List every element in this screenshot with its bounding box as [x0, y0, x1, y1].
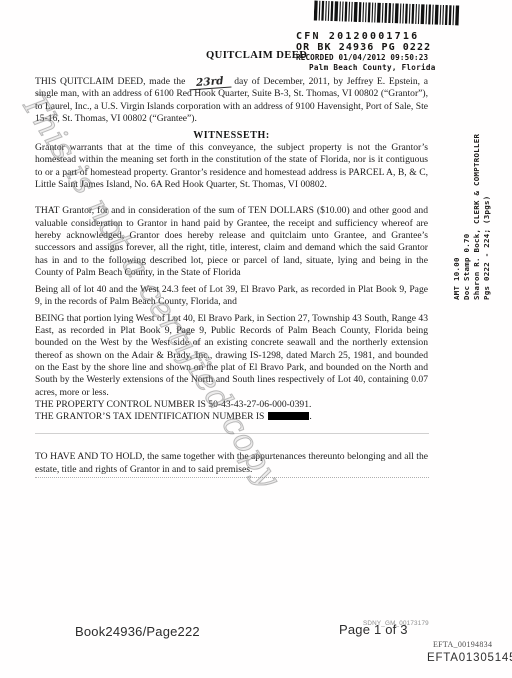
tax-id-suffix: .: [309, 411, 311, 422]
recording-stamp: CFN 20120001716 OR BK 24936 PG 0222 RECO…: [296, 31, 436, 72]
witnesseth-heading: WITNESSETH:: [35, 130, 428, 142]
footer-book-page: Book24936/Page222: [75, 624, 200, 639]
intro-paragraph: THIS QUITCLAIM DEED, made the 23rd day o…: [35, 75, 428, 125]
document-title: QUITCLAIM DEED: [206, 50, 307, 61]
legal-description-2: BEING that portion lying West of Lot 40,…: [35, 313, 428, 399]
legal-description-1: Being all of lot 40 and the West 24.3 fe…: [35, 284, 428, 309]
redaction-box: [268, 412, 309, 421]
scan-artifact-line-2: [35, 477, 429, 478]
side-stamp-doc-stamp: Doc Stamp 0.70: [462, 60, 472, 300]
scanned-deed-page: CFN 20120001716 OR BK 24936 PG 0222 RECO…: [0, 0, 512, 678]
side-stamp: AMT 10.00 Doc Stamp 0.70 Sharon R. Bock,…: [452, 60, 492, 300]
property-control-line: THE PROPERTY CONTROL NUMBER IS 50-43-43-…: [35, 399, 428, 411]
cfn-number: CFN 20120001716: [296, 31, 436, 42]
habendum-paragraph: TO HAVE AND TO HOLD, the same together w…: [35, 451, 428, 476]
tax-id-prefix: THE GRANTOR’S TAX IDENTIFICATION NUMBER …: [35, 411, 264, 422]
side-stamp-amount: AMT 10.00: [452, 60, 462, 300]
county-name: Palm Beach County, Florida: [309, 63, 436, 73]
intro-before-date: THIS QUITCLAIM DEED, made the: [35, 76, 185, 87]
bates-id-large: EFTA01305145: [427, 652, 512, 664]
deed-body: THIS QUITCLAIM DEED, made the 23rd day o…: [35, 75, 428, 476]
homestead-paragraph: Grantor warrants that at the time of thi…: [35, 142, 428, 191]
barcode: [314, 0, 461, 25]
recorded-timestamp: RECORDED 01/04/2012 09:50:23: [296, 53, 436, 63]
bates-id-small: EFTA_00194834: [433, 640, 492, 649]
side-stamp-pages: Pgs 0222 - 224; (3pgs): [482, 60, 492, 300]
side-stamp-clerk: Sharon R. Bock, CLERK & COMPTROLLER: [472, 60, 482, 300]
tax-id-line: THE GRANTOR’S TAX IDENTIFICATION NUMBER …: [35, 411, 428, 423]
book-page-stamp: OR BK 24936 PG 0222: [296, 42, 436, 53]
consideration-paragraph: THAT Grantor, for and in consideration o…: [35, 205, 428, 279]
overlay-bates-id: SDNY_GM_00173179: [363, 620, 429, 627]
scan-artifact-line-1: [35, 433, 429, 434]
